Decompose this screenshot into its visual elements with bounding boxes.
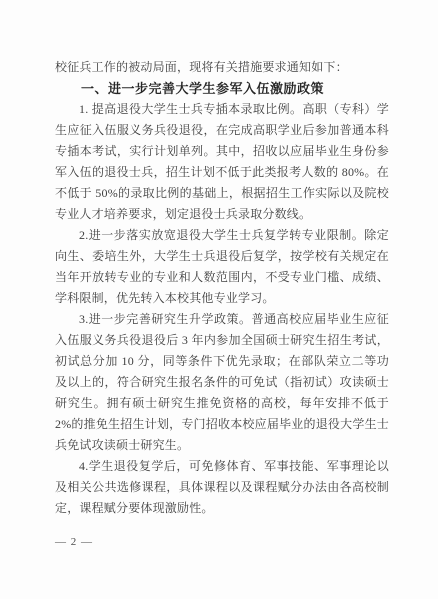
paragraph-4: 4.学生退役复学后，可免修体育、军事技能、军事理论以及相关公共选修课程，具体课程… — [55, 456, 389, 519]
intro-line: 校征兵工作的被动局面，现将有关措施要求通知如下： — [55, 57, 389, 78]
paragraph-2: 2.进一步落实放宽退役大学生士兵复学转专业限制。除定向生、委培生外，大学生士兵退… — [55, 225, 389, 309]
document-body: 校征兵工作的被动局面，现将有关措施要求通知如下： 一、进一步完善大学生参军入伍激… — [55, 57, 389, 519]
section-heading: 一、进一步完善大学生参军入伍激励政策 — [55, 78, 389, 99]
document-page: 校征兵工作的被动局面，现将有关措施要求通知如下： 一、进一步完善大学生参军入伍激… — [0, 0, 438, 599]
paragraph-1: 1. 提高退役大学生士兵专插本录取比例。高职（专科）学生应征入伍服义务兵役退役，… — [55, 99, 389, 225]
paragraph-3: 3.进一步完善研究生升学政策。普通高校应届毕业生应征入伍服义务兵役退役后 3 年… — [55, 309, 389, 456]
page-number: — 2 — — [55, 535, 93, 549]
